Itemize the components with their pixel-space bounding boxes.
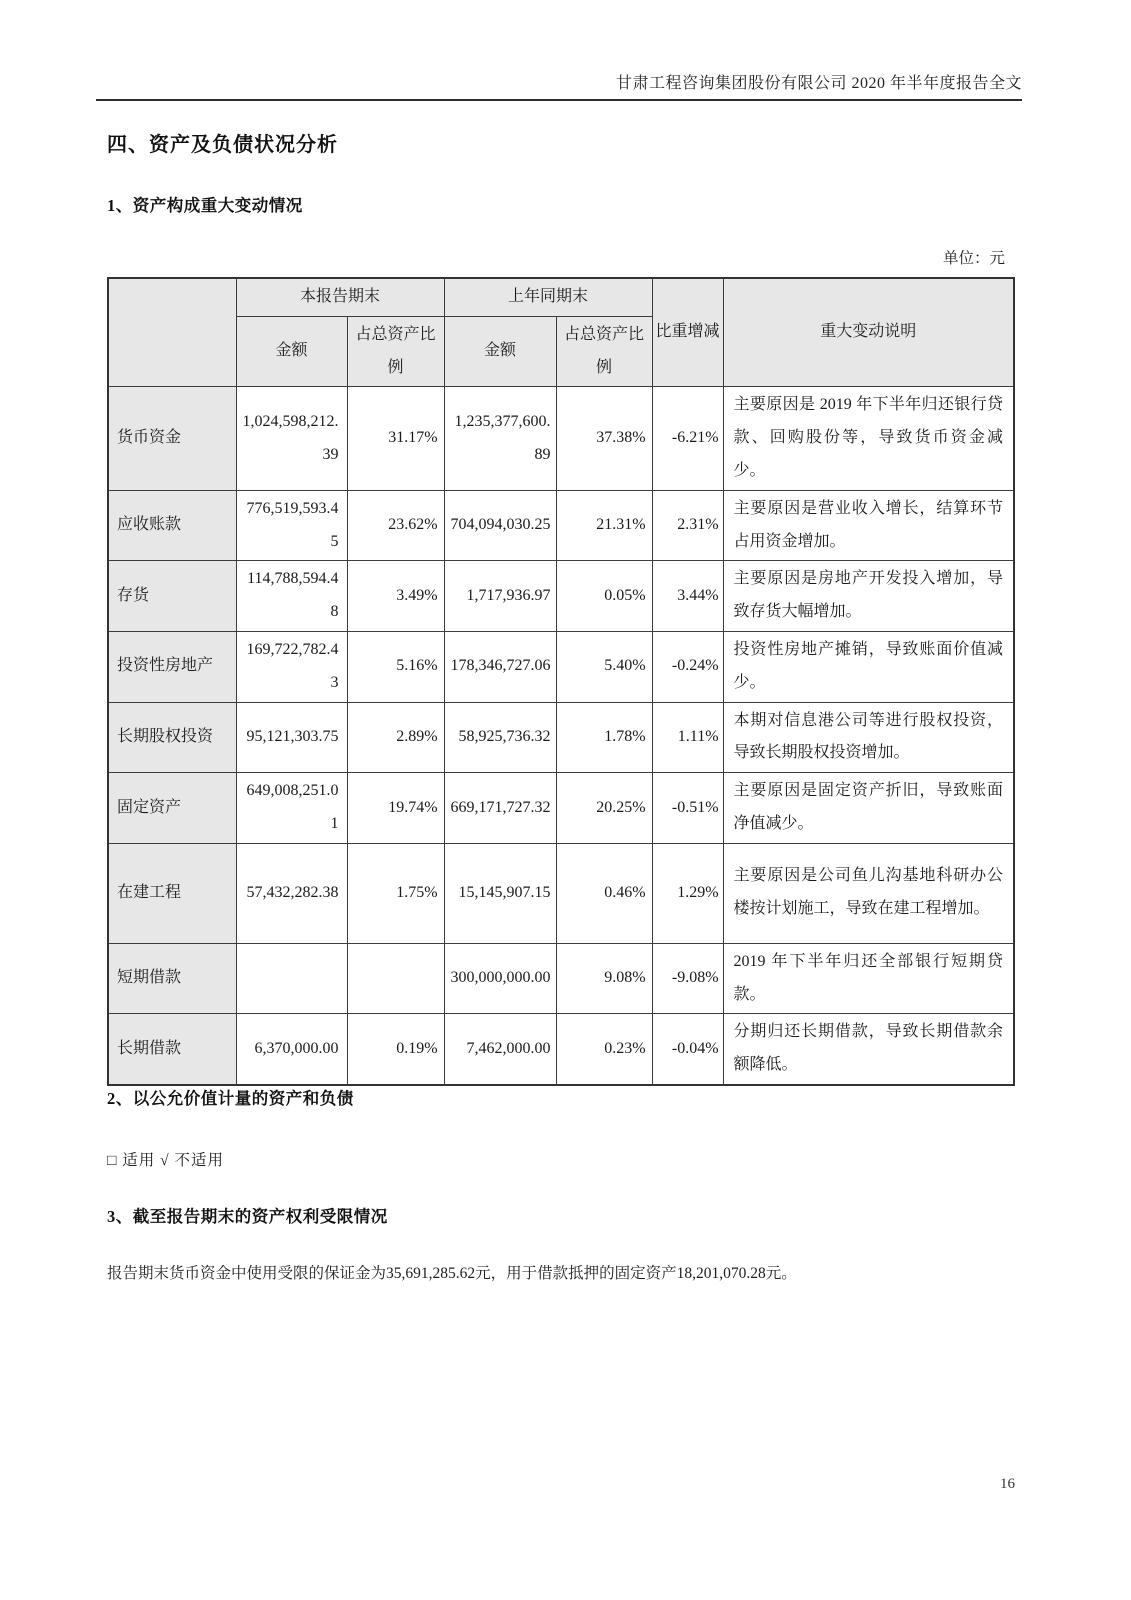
cur-amount-cell: 57,432,282.38	[236, 843, 347, 943]
section4-title: 四、资产及负债状况分析	[107, 128, 338, 157]
prior-amount-cell: 178,346,727.06	[444, 631, 556, 702]
cur-amount-cell: 114,788,594.48	[236, 561, 347, 632]
prior-ratio-cell: 0.46%	[556, 843, 652, 943]
cur-amount-cell: 649,008,251.01	[236, 773, 347, 844]
explanation-cell: 主要原因是房地产开发投入增加，导致存货大幅增加。	[723, 561, 1014, 632]
cur-ratio-cell: 0.19%	[347, 1014, 444, 1085]
cur-ratio-cell	[347, 943, 444, 1014]
unit-label: 单位：元	[107, 246, 1005, 268]
subsection2-title: 2、以公允价值计量的资产和负债	[107, 1085, 354, 1109]
change-cell: 1.11%	[652, 702, 723, 773]
prior-amount-cell: 15,145,907.15	[444, 843, 556, 943]
subsection3-title: 3、截至报告期末的资产权利受限情况	[107, 1203, 388, 1227]
prior-amount-cell: 300,000,000.00	[444, 943, 556, 1014]
amount-header: 金额	[236, 316, 347, 387]
cur-amount-cell: 95,121,303.75	[236, 702, 347, 773]
row-label: 货币资金	[108, 387, 236, 490]
subsection1-title: 1、资产构成重大变动情况	[107, 192, 303, 216]
cur-ratio-cell: 5.16%	[347, 631, 444, 702]
asset-change-table: 本报告期末 上年同期末 比重增减 重大变动说明 金额 占总资产比例 金额 占总资…	[107, 277, 1015, 1086]
prior-amount-cell: 1,717,936.97	[444, 561, 556, 632]
prior-ratio-cell: 5.40%	[556, 631, 652, 702]
table-row: 投资性房地产 169,722,782.43 5.16% 178,346,727.…	[108, 631, 1014, 702]
explanation-cell: 2019 年下半年归还全部银行短期贷款。	[723, 943, 1014, 1014]
change-cell: 3.44%	[652, 561, 723, 632]
cur-ratio-cell: 31.17%	[347, 387, 444, 490]
row-label: 投资性房地产	[108, 631, 236, 702]
row-label: 长期股权投资	[108, 702, 236, 773]
table-row: 应收账款 776,519,593.45 23.62% 704,094,030.2…	[108, 490, 1014, 561]
prior-amount-cell: 669,171,727.32	[444, 773, 556, 844]
change-cell: 1.29%	[652, 843, 723, 943]
explanation-cell: 本期对信息港公司等进行股权投资，导致长期股权投资增加。	[723, 702, 1014, 773]
prior-ratio-cell: 37.38%	[556, 387, 652, 490]
prior-period-header: 上年同期末	[444, 278, 652, 316]
table-row: 长期借款 6,370,000.00 0.19% 7,462,000.00 0.2…	[108, 1014, 1014, 1085]
explanation-cell: 主要原因是 2019 年下半年归还银行贷款、回购股份等，导致货币资金减少。	[723, 387, 1014, 490]
applicability-line: □ 适用 √ 不适用	[107, 1148, 224, 1170]
prior-ratio-cell: 0.23%	[556, 1014, 652, 1085]
prior-ratio-cell: 1.78%	[556, 702, 652, 773]
change-header: 比重增减	[652, 278, 723, 387]
amount-header: 金额	[444, 316, 556, 387]
table-row: 在建工程 57,432,282.38 1.75% 15,145,907.15 0…	[108, 843, 1014, 943]
ratio-header: 占总资产比例	[347, 316, 444, 387]
prior-amount-cell: 58,925,736.32	[444, 702, 556, 773]
current-period-header: 本报告期末	[236, 278, 444, 316]
row-label: 应收账款	[108, 490, 236, 561]
row-label: 短期借款	[108, 943, 236, 1014]
cur-ratio-cell: 1.75%	[347, 843, 444, 943]
row-label: 长期借款	[108, 1014, 236, 1085]
cur-amount-cell	[236, 943, 347, 1014]
prior-ratio-cell: 20.25%	[556, 773, 652, 844]
restricted-assets-paragraph: 报告期末货币资金中使用受限的保证金为35,691,285.62元，用于借款抵押的…	[107, 1262, 1013, 1287]
table-header-row-1: 本报告期末 上年同期末 比重增减 重大变动说明	[108, 278, 1014, 316]
report-header-title: 甘肃工程咨询集团股份有限公司 2020 年半年度报告全文	[96, 70, 1022, 93]
change-cell: -9.08%	[652, 943, 723, 1014]
table-row: 存货 114,788,594.48 3.49% 1,717,936.97 0.0…	[108, 561, 1014, 632]
change-cell: 2.31%	[652, 490, 723, 561]
corner-cell	[108, 278, 236, 387]
table-row: 短期借款 300,000,000.00 9.08% -9.08% 2019 年下…	[108, 943, 1014, 1014]
change-cell: -0.51%	[652, 773, 723, 844]
prior-ratio-cell: 21.31%	[556, 490, 652, 561]
change-cell: -6.21%	[652, 387, 723, 490]
prior-amount-cell: 704,094,030.25	[444, 490, 556, 561]
change-cell: -0.24%	[652, 631, 723, 702]
row-label: 存货	[108, 561, 236, 632]
prior-ratio-cell: 0.05%	[556, 561, 652, 632]
row-label: 在建工程	[108, 843, 236, 943]
prior-amount-cell: 7,462,000.00	[444, 1014, 556, 1085]
prior-ratio-cell: 9.08%	[556, 943, 652, 1014]
table-row: 固定资产 649,008,251.01 19.74% 669,171,727.3…	[108, 773, 1014, 844]
row-label: 固定资产	[108, 773, 236, 844]
explanation-cell: 分期归还长期借款，导致长期借款余额降低。	[723, 1014, 1014, 1085]
explanation-cell: 主要原因是固定资产折旧，导致账面净值减少。	[723, 773, 1014, 844]
table-row: 长期股权投资 95,121,303.75 2.89% 58,925,736.32…	[108, 702, 1014, 773]
explanation-header: 重大变动说明	[723, 278, 1014, 387]
cur-amount-cell: 776,519,593.45	[236, 490, 347, 561]
page-number: 16	[1000, 1476, 1015, 1493]
table-row: 货币资金 1,024,598,212.39 31.17% 1,235,377,6…	[108, 387, 1014, 490]
cur-amount-cell: 1,024,598,212.39	[236, 387, 347, 490]
cur-ratio-cell: 2.89%	[347, 702, 444, 773]
explanation-cell: 投资性房地产摊销，导致账面价值减少。	[723, 631, 1014, 702]
prior-amount-cell: 1,235,377,600.89	[444, 387, 556, 490]
explanation-cell: 主要原因是公司鱼儿沟基地科研办公楼按计划施工，导致在建工程增加。	[723, 843, 1014, 943]
header-divider	[96, 99, 1022, 101]
cur-ratio-cell: 19.74%	[347, 773, 444, 844]
explanation-cell: 主要原因是营业收入增长，结算环节占用资金增加。	[723, 490, 1014, 561]
change-cell: -0.04%	[652, 1014, 723, 1085]
cur-amount-cell: 169,722,782.43	[236, 631, 347, 702]
cur-ratio-cell: 3.49%	[347, 561, 444, 632]
cur-amount-cell: 6,370,000.00	[236, 1014, 347, 1085]
ratio-header: 占总资产比例	[556, 316, 652, 387]
cur-ratio-cell: 23.62%	[347, 490, 444, 561]
